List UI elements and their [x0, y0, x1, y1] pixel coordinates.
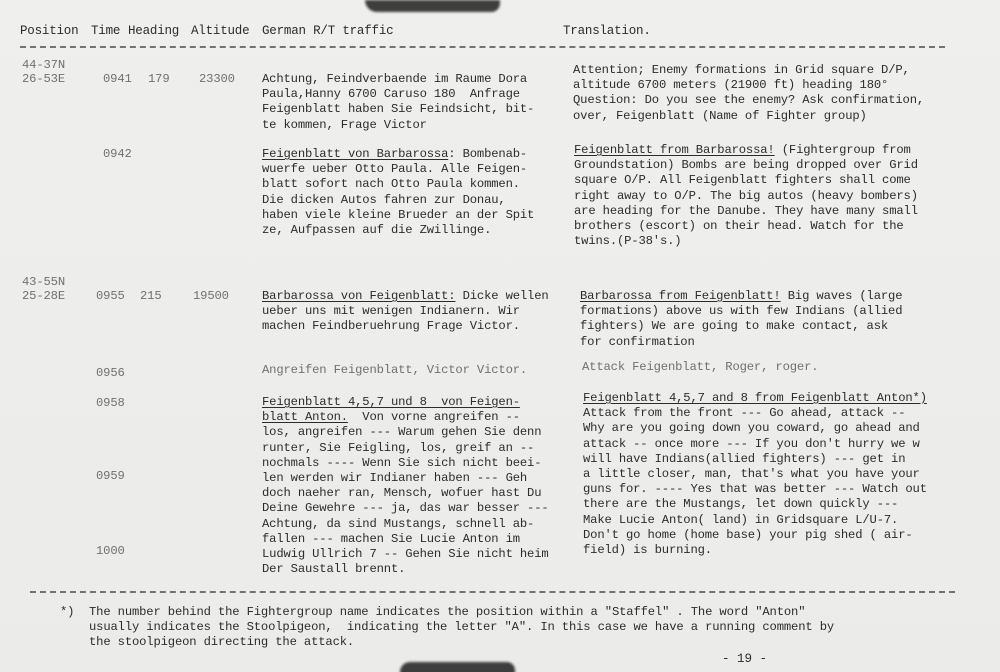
entry-1-time: 0941 — [103, 72, 132, 87]
entry-4-time: 0956 — [96, 366, 125, 381]
document-page: Position Time Heading Altitude German R/… — [0, 0, 1000, 672]
entry-3-heading: 215 — [140, 289, 162, 304]
header-position: Position — [20, 24, 78, 38]
entry-2-german-heading: Feigenblatt von Barbarossa — [262, 147, 448, 161]
redaction-mark-top — [365, 0, 500, 12]
entry-4-translation-text: Attack Feigenblatt, Roger, roger. — [582, 360, 818, 375]
entry-2-german: Feigenblatt von Barbarossa: Bombenab- wu… — [262, 147, 534, 238]
entry-3-german: Barbarossa von Feigenblatt: Dicke wellen… — [262, 289, 549, 335]
entry-5-translation-text: Attack from the front --- Go ahead, atta… — [583, 406, 927, 557]
entry-2-translation-heading: Feigenblatt from Barbarossa! — [574, 143, 775, 157]
entry-5-translation-heading: Feigenblatt 4,5,7 and 8 from Feigenblatt… — [583, 391, 927, 405]
entry-5-time-0959: 0959 — [96, 469, 125, 484]
footnote-marker: *) — [60, 605, 74, 620]
entry-1-altitude: 23300 — [199, 72, 235, 87]
entry-1-translation-text: Attention; Enemy formations in Grid squa… — [573, 63, 924, 124]
entry-4-german-text: Angreifen Feigenblatt, Victor Victor. — [262, 363, 527, 378]
header-altitude: Altitude — [191, 24, 249, 38]
entry-3-altitude: 19500 — [193, 289, 229, 304]
page-number: - 19 - — [722, 652, 767, 666]
header-divider — [20, 46, 945, 48]
header-german-rt-traffic: German R/T traffic — [262, 24, 393, 38]
footnote-text: The number behind the Fightergroup name … — [89, 605, 834, 650]
entry-5-translation: Feigenblatt 4,5,7 and 8 from Feigenblatt… — [583, 391, 927, 558]
entry-1-heading: 179 — [148, 72, 170, 87]
entry-5-german: Feigenblatt 4,5,7 und 8 von Feigen- blat… — [262, 395, 549, 577]
entry-5-time: 0958 — [96, 396, 125, 411]
header-translation: Translation. — [563, 24, 651, 38]
entry-1-position-lat: 44-37N — [22, 58, 65, 73]
entry-3-translation: Barbarossa from Feigenblatt! Big waves (… — [580, 289, 902, 350]
entry-3-time: 0955 — [96, 289, 125, 304]
entry-2-time: 0942 — [103, 147, 132, 162]
redaction-mark-bottom — [400, 662, 515, 672]
entry-5-german-text: Von vorne angreifen -- los, angreifen --… — [262, 410, 549, 576]
entry-2-translation-text: (Fightergroup from Groundstation) Bombs … — [574, 143, 918, 248]
entry-3-german-heading: Barbarossa von Feigenblatt: — [262, 289, 455, 303]
entry-5-time-1000: 1000 — [96, 544, 125, 559]
footnote-divider — [30, 591, 955, 593]
header-time: Time — [91, 24, 120, 38]
entry-3-position-lat: 43-55N — [22, 275, 65, 290]
entry-2-translation: Feigenblatt from Barbarossa! (Fightergro… — [574, 143, 918, 249]
header-heading: Heading — [128, 24, 179, 38]
entry-3-position-lon: 25-28E — [22, 289, 65, 304]
entry-3-translation-heading: Barbarossa from Feigenblatt! — [580, 289, 781, 303]
entry-1-german-text: Achtung, Feindverbaende im Raume Dora Pa… — [262, 72, 534, 133]
entry-1-position-lon: 26-53E — [22, 72, 65, 87]
